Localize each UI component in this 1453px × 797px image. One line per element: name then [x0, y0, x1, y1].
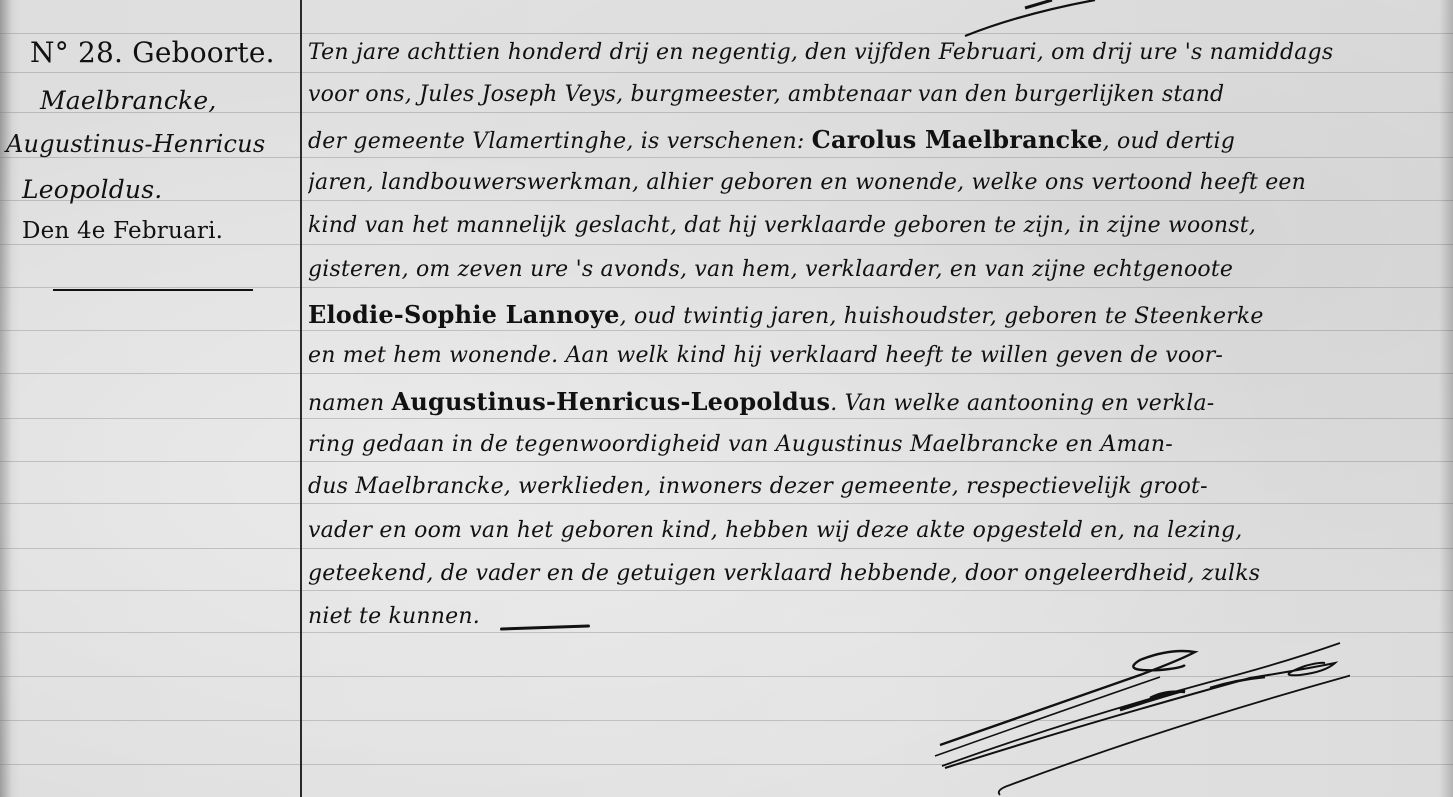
- body-line: gisteren, om zeven ure 's avonds, van he…: [308, 257, 1443, 282]
- body-line: der gemeente Vlamertinghe, is verschenen…: [308, 125, 1443, 154]
- body-line: dus Maelbrancke, werklieden, inwoners de…: [308, 474, 1443, 499]
- body-line: Elodie-Sophie Lannoye, oud twintig jaren…: [308, 300, 1443, 329]
- record-type: Geboorte.: [132, 36, 274, 69]
- body-text: namen: [308, 391, 392, 416]
- ruled-line: [0, 330, 1453, 331]
- ruled-line: [0, 244, 1453, 245]
- ruled-line: [0, 590, 1453, 591]
- mother-name: Elodie-Sophie Lannoye: [308, 300, 620, 329]
- ink-stroke: [960, 0, 1100, 40]
- margin-given-names-2: Leopoldus.: [22, 175, 162, 204]
- margin-divider: [300, 0, 302, 797]
- margin-surname: Maelbrancke,: [40, 86, 217, 115]
- ruled-line: [0, 418, 1453, 419]
- body-line: Ten jare achttien honderd drij en negent…: [308, 40, 1443, 65]
- body-line: vader en oom van het geboren kind, hebbe…: [308, 518, 1443, 543]
- margin-given-names-1: Augustinus-Henricus: [6, 130, 265, 158]
- body-text: . Van welke aantooning en verkla-: [830, 391, 1214, 416]
- ruled-line: [0, 200, 1453, 201]
- ruled-line: [0, 112, 1453, 113]
- body-line: voor ons, Jules Joseph Veys, burgmeester…: [308, 82, 1443, 107]
- ruled-line: [0, 33, 1453, 34]
- child-name: Augustinus-Henricus-Leopoldus: [392, 387, 831, 416]
- ruled-line: [0, 373, 1453, 374]
- body-text: , oud twintig jaren, huishoudster, gebor…: [620, 304, 1264, 329]
- body-text: der gemeente Vlamertinghe, is verschenen…: [308, 129, 812, 154]
- ruled-line: [0, 72, 1453, 73]
- ruled-line: [0, 503, 1453, 504]
- body-line: jaren, landbouwerswerkman, alhier gebore…: [308, 170, 1443, 195]
- ruled-line: [0, 461, 1453, 462]
- body-line: niet te kunnen.: [308, 604, 1443, 629]
- body-line: kind van het mannelijk geslacht, dat hij…: [308, 213, 1443, 238]
- register-page: N° 28. Geboorte. Maelbrancke, Augustinus…: [0, 0, 1453, 797]
- ruled-line: [0, 287, 1453, 288]
- body-line: ring gedaan in de tegenwoordigheid van A…: [308, 432, 1443, 457]
- body-line: geteekend, de vader en de getuigen verkl…: [308, 561, 1443, 586]
- declarant-name: Carolus Maelbrancke: [812, 125, 1103, 154]
- margin-date: Den 4e Februari.: [22, 218, 223, 244]
- body-line: namen Augustinus-Henricus-Leopoldus. Van…: [308, 387, 1443, 416]
- ruled-line: [0, 548, 1453, 549]
- margin-entry-header: N° 28. Geboorte.: [30, 36, 275, 69]
- signature: [920, 630, 1350, 797]
- margin-separator: [53, 289, 253, 291]
- entry-number: N° 28.: [30, 36, 123, 69]
- body-line: en met hem wonende. Aan welk kind hij ve…: [308, 343, 1443, 368]
- body-text: , oud dertig: [1103, 129, 1235, 154]
